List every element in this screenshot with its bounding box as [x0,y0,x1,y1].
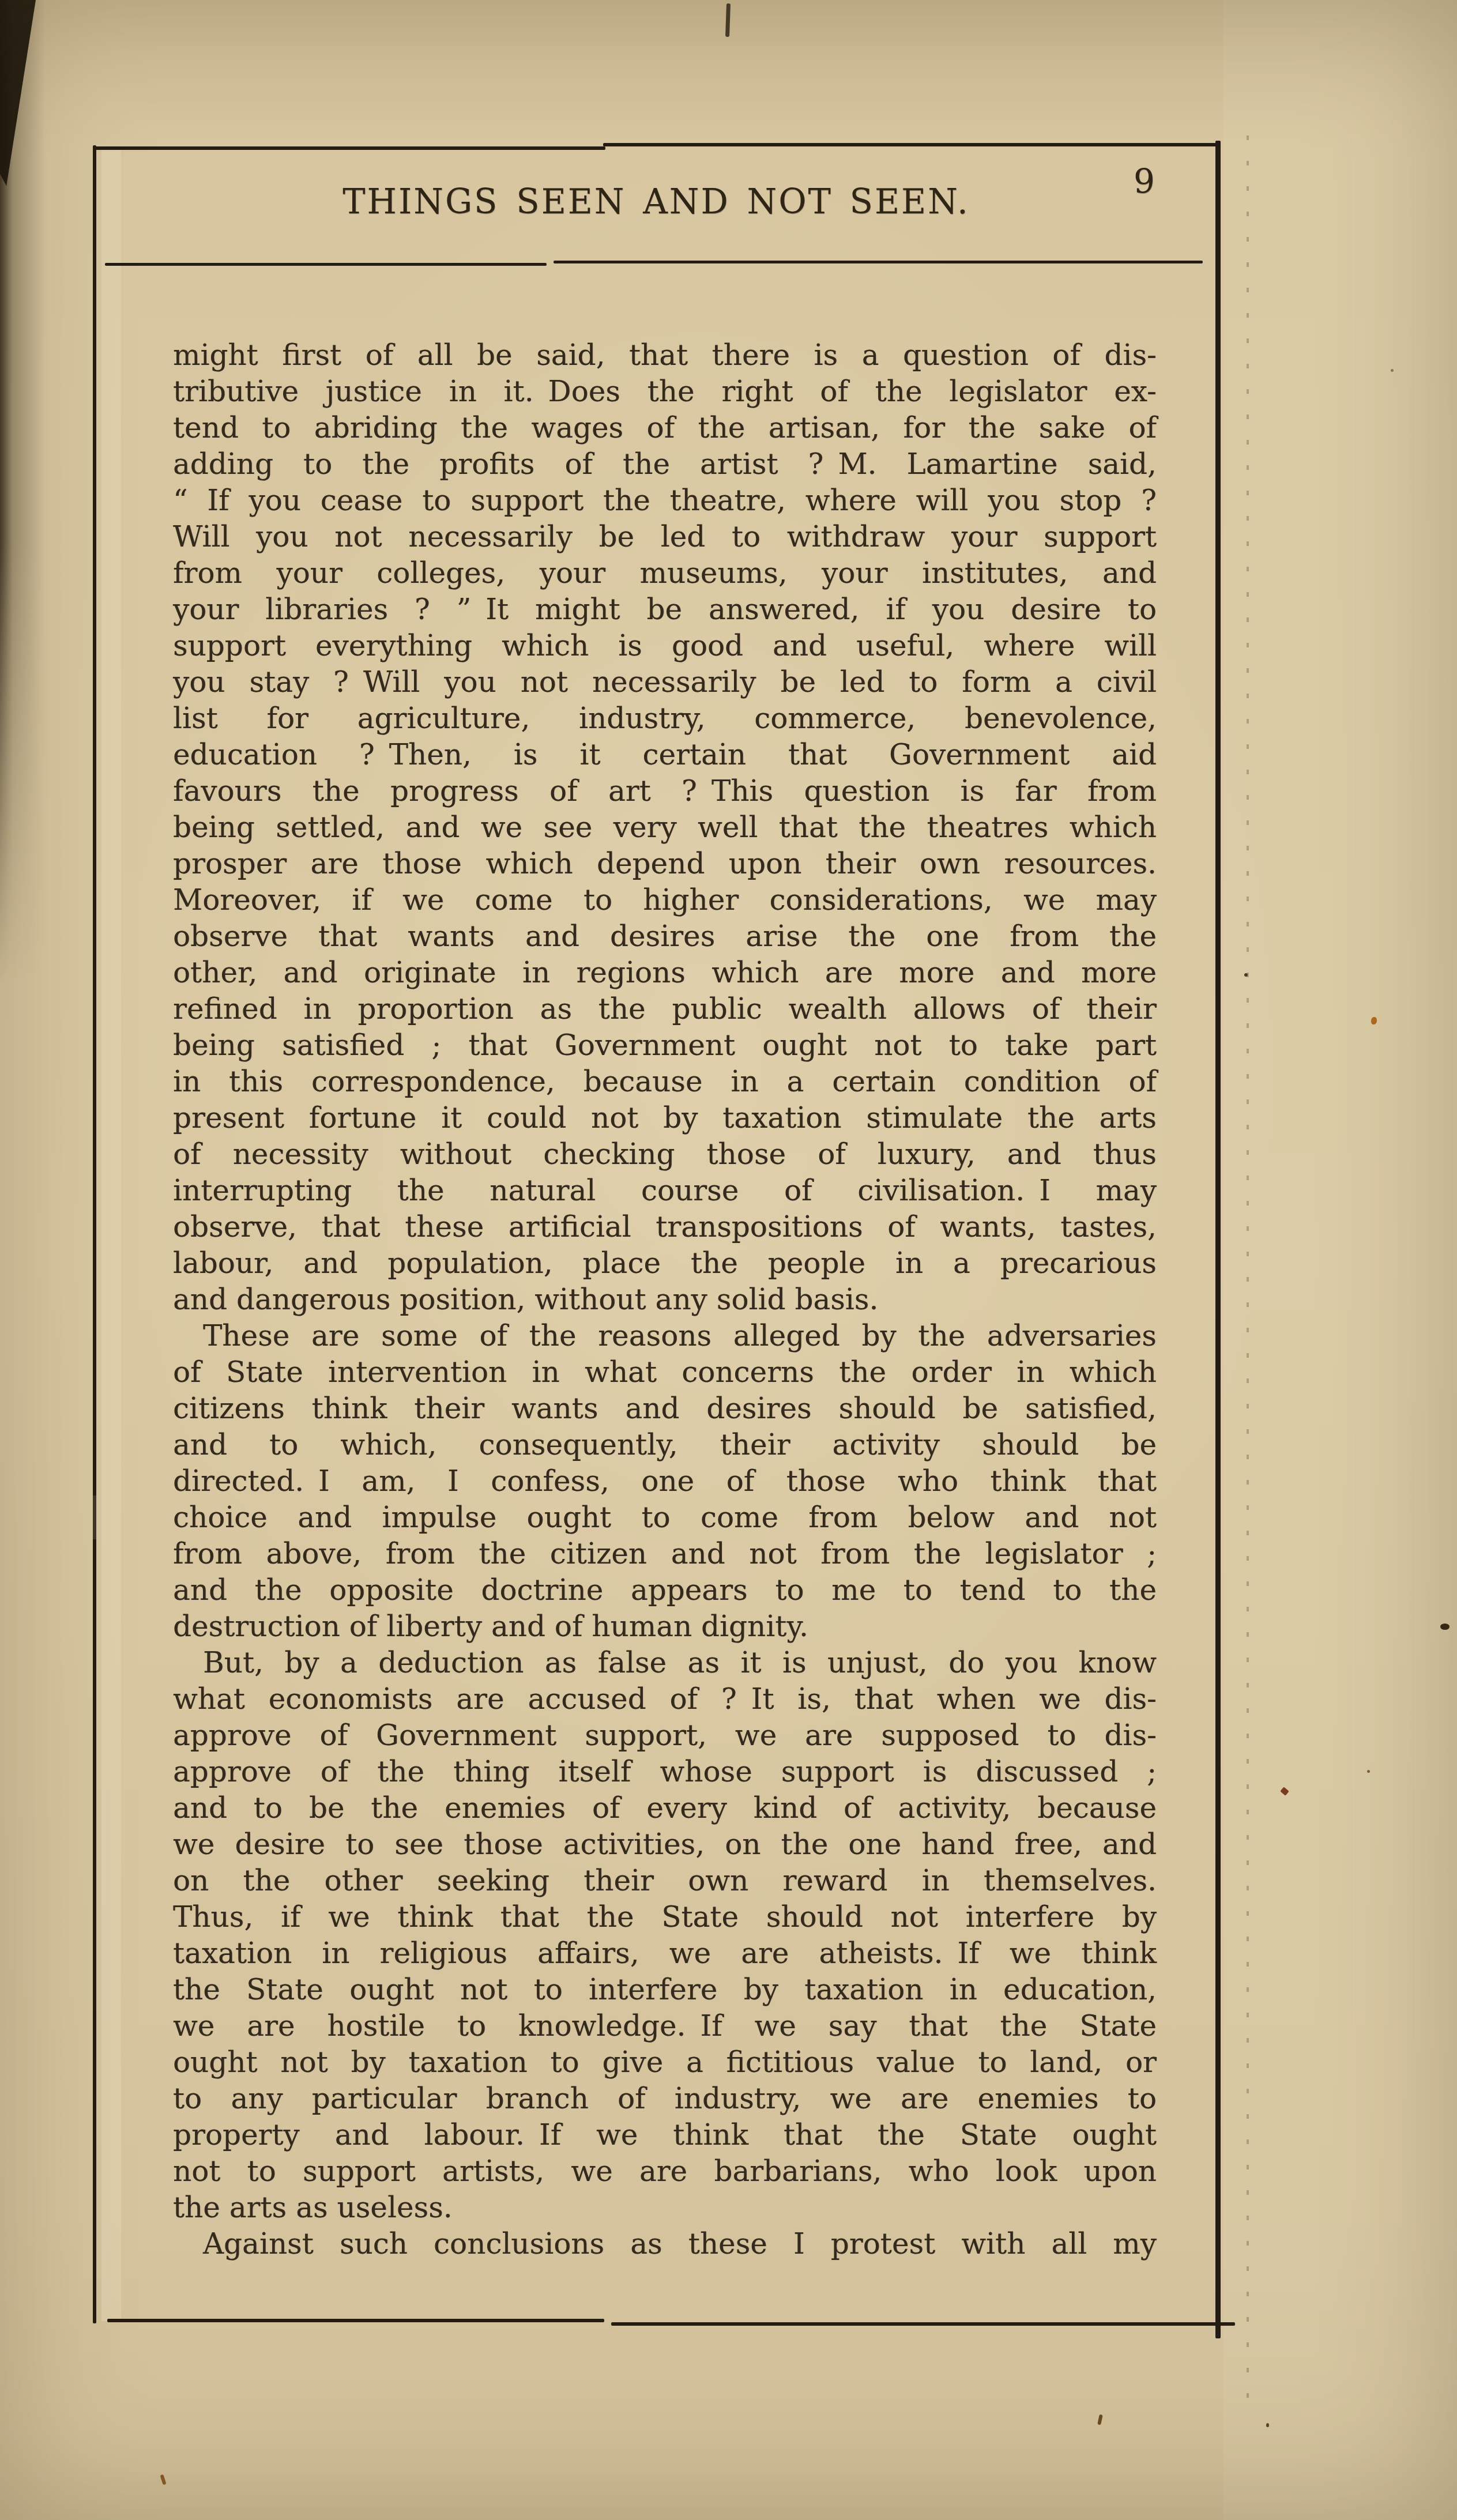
text-line: favours the progress of art ? This quest… [173,773,1157,809]
text-line: tributive justice in it. Does the right … [173,374,1157,410]
scan-mark [725,3,731,37]
page-number: 9 [1134,163,1155,200]
text-line: the State ought not to interfere by taxa… [173,1972,1157,2008]
text-line: and the opposite doctrine appears to me … [173,1572,1157,1609]
text-line: from your colleges, your museums, your i… [173,555,1157,592]
text-line: property and labour. If we think that th… [173,2117,1157,2153]
text-line: we desire to see those activities, on th… [173,1826,1157,1863]
frame-bottom-rule [107,2319,604,2322]
text-line: Moreover, if we come to higher considera… [173,882,1157,918]
text-line: you stay ? Will you not necessarily be l… [173,664,1157,700]
text-line: adding to the profits of the artist ? M.… [173,446,1157,483]
frame-top-rule [94,146,605,150]
header-divider-rule [105,263,547,266]
text-line: approve of Government support, we are su… [173,1717,1157,1754]
paper-crease-highlight [101,148,121,2321]
book-page: THINGS SEEN AND NOT SEEN. 9 might first … [0,0,1457,2520]
text-line: observe, that these artificial transposi… [173,1209,1157,1245]
text-line: choice and impulse ought to come from be… [173,1500,1157,1536]
text-line: destruction of liberty and of human dign… [173,1609,1157,1645]
text-line: Against such conclusions as these I prot… [173,2226,1157,2262]
page-body-text: might first of all be said, that there i… [173,337,1157,2262]
paragraph: But, by a deduction as false as it is un… [173,1645,1157,2226]
frame-right-border-line [1215,141,1221,2338]
frame-left-border-line [93,145,96,2323]
paragraph: might first of all be said, that there i… [173,337,1157,1318]
text-line: we are hostile to knowledge. If we say t… [173,2008,1157,2044]
text-line: Will you not necessarily be led to withd… [173,519,1157,555]
text-line: “ If you cease to support the theatre, w… [173,483,1157,519]
text-line: directed. I am, I confess, one of those … [173,1463,1157,1500]
text-line: education ? Then, is it certain that Gov… [173,737,1157,773]
text-line: taxation in religious affairs, we are at… [173,1935,1157,1972]
frame-bottom-rule [611,2322,1235,2326]
text-line: support everything which is good and use… [173,628,1157,664]
text-line: and to be the enemies of every kind of a… [173,1790,1157,1826]
text-line: being settled, and we see very well that… [173,809,1157,846]
text-line: and dangerous position, without any soli… [173,1282,1157,1318]
text-line: But, by a deduction as false as it is un… [173,1645,1157,1681]
page-title: THINGS SEEN AND NOT SEEN. [94,183,1218,221]
text-line: prosper are those which depend upon thei… [173,846,1157,882]
text-line: interrupting the natural course of civil… [173,1173,1157,1209]
paper-speck [1097,2414,1103,2425]
text-line: the arts as useless. [173,2190,1157,2226]
text-line: list for agriculture, industry, commerce… [173,700,1157,737]
text-line: observe that wants and desires arise the… [173,918,1157,955]
text-line: to any particular branch of industry, we… [173,2081,1157,2117]
text-line: other, and originate in regions which ar… [173,955,1157,991]
text-line: ought not by taxation to give a fictitio… [173,2044,1157,2081]
text-line: on the other seeking their own reward in… [173,1863,1157,1899]
text-line: refined in proportion as the public weal… [173,991,1157,1027]
text-line: might first of all be said, that there i… [173,337,1157,374]
text-line: These are some of the reasons alleged by… [173,1318,1157,1354]
paragraph: Against such conclusions as these I prot… [173,2226,1157,2262]
header-divider-rule [554,261,1203,263]
text-line: and to which, consequently, their activi… [173,1427,1157,1463]
text-line: your libraries ? ” It might be answered,… [173,592,1157,628]
text-line: in this correspondence, because in a cer… [173,1064,1157,1100]
frame-top-rule [603,143,1219,146]
text-line: being satisfied ; that Government ought … [173,1027,1157,1064]
page-margin-right [1223,0,1457,2520]
text-line: not to support artists, we are barbarian… [173,2153,1157,2190]
text-line: approve of the thing itself whose suppor… [173,1754,1157,1790]
text-line: of necessity without checking those of l… [173,1136,1157,1173]
paper-speck [160,2474,166,2485]
paper-crease-ghost-line [1247,135,1249,2419]
text-line: from above, from the citizen and not fro… [173,1536,1157,1572]
text-line: what economists are accused of ? It is, … [173,1681,1157,1717]
text-line: Thus, if we think that the State should … [173,1899,1157,1935]
paragraph: These are some of the reasons alleged by… [173,1318,1157,1645]
text-line: tend to abriding the wages of the artisa… [173,410,1157,446]
text-line: of State intervention in what concerns t… [173,1354,1157,1391]
text-line: labour, and population, place the people… [173,1245,1157,1282]
text-line: citizens think their wants and desires s… [173,1391,1157,1427]
text-line: present fortune it could not by taxation… [173,1100,1157,1136]
